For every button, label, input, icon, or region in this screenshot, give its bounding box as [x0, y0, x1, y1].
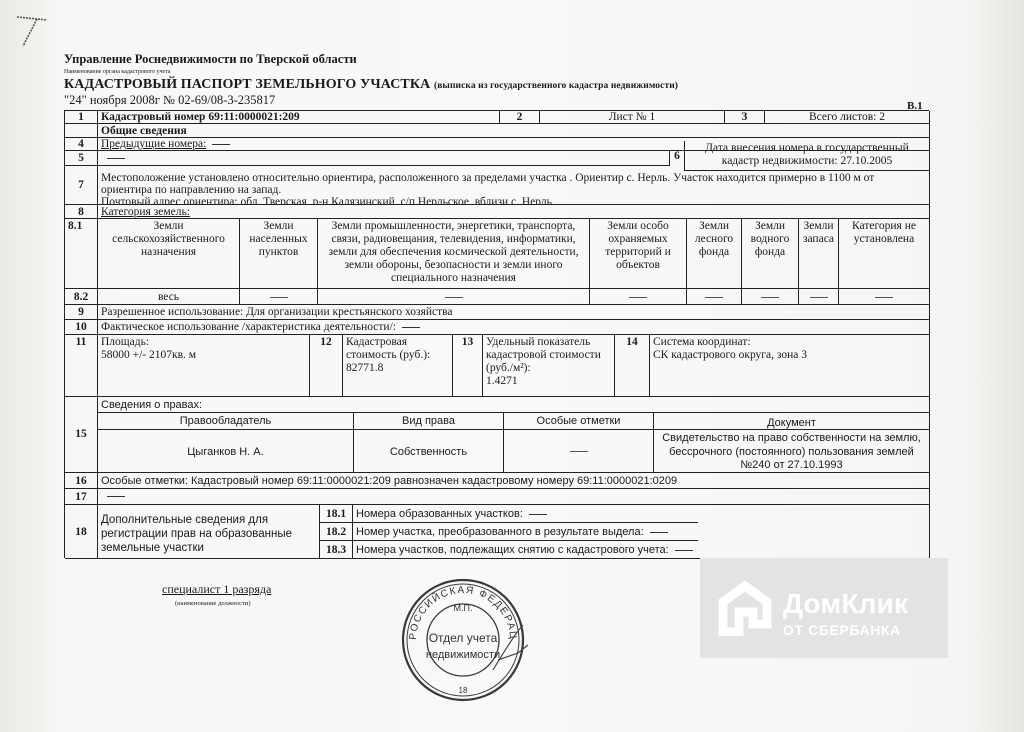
- row-18-right-blank: [698, 505, 930, 559]
- category-reserve: Земли запаса: [799, 219, 839, 289]
- coordinate-system: Система координат: СК кадастрового округ…: [650, 335, 930, 397]
- value-protected: [590, 289, 687, 305]
- row-5-number: 5: [65, 151, 98, 166]
- cadastral-number: Кадастровый номер 69:11:0000021:209: [98, 111, 500, 124]
- plots-to-remove: Номера участков, подлежащих снятию с кад…: [353, 541, 698, 559]
- value-not-set: [839, 289, 930, 305]
- land-category-label: Категория земель:: [98, 205, 930, 219]
- location-text: Местоположение установлено относительно …: [101, 172, 926, 196]
- transformed-plot-label: Номер участка, преобразованного в резуль…: [356, 526, 644, 538]
- previous-numbers-label: Предыдущие номера:: [101, 138, 206, 150]
- document-date-number: "24" ноября 2008г № 02-69/08-3-235817: [64, 93, 275, 108]
- number-entry-date: Дата внесения номера в государственный к…: [685, 141, 930, 171]
- empty-dash: [810, 297, 828, 298]
- row-6-number: 6: [670, 141, 685, 171]
- document-page: Управление Роснедвижимости по Тверской о…: [0, 0, 1024, 732]
- domclick-logo-icon: [717, 580, 773, 636]
- document-title: КАДАСТРОВЫЙ ПАСПОРТ ЗЕМЕЛЬНОГО УЧАСТКА (…: [64, 77, 678, 93]
- formed-plots-label: Номера образованных участков:: [356, 508, 523, 520]
- authority-name: Управление Роснедвижимости по Тверской о…: [64, 52, 357, 67]
- empty-dash: [875, 297, 893, 298]
- row-14-number: 14: [615, 335, 650, 397]
- value-settlements: [240, 289, 318, 305]
- formed-plots: Номера образованных участков:: [353, 505, 698, 523]
- rights-document: Свидетельство на право собственности на …: [654, 430, 930, 473]
- svg-text:18: 18: [459, 686, 468, 695]
- handwritten-page-mark-icon: [15, 8, 55, 48]
- general-number-blank: [65, 124, 98, 138]
- category-industrial: Земли промышленности, энергетики, трансп…: [318, 219, 590, 289]
- rights-type: Собственность: [354, 430, 504, 473]
- previous-numbers-empty: [212, 144, 230, 145]
- actual-use-label: Фактическое использование /характеристик…: [101, 321, 396, 333]
- svg-text:М.П.: М.П.: [454, 603, 473, 613]
- empty-dash: [445, 297, 463, 298]
- category-agricultural: Земли сельскохозяйственного назначения: [98, 219, 240, 289]
- signatory-position-caption: (наименование должности): [175, 600, 251, 607]
- rights-holder: Цыганков Н. А.: [98, 430, 354, 473]
- row-16-number: 16: [65, 473, 98, 489]
- row-15-number: 15: [65, 397, 98, 473]
- transformed-plot: Номер участка, преобразованного в резуль…: [353, 523, 698, 541]
- empty-dash: [570, 451, 588, 452]
- postal-address: Почтовый адрес ориентира: обл. Тверская,…: [101, 196, 926, 205]
- additional-registration-info: Дополнительные сведения для регистрации …: [98, 505, 320, 559]
- row-10-number: 10: [65, 320, 98, 335]
- row-8-2-number: 8.2: [65, 289, 98, 305]
- row-3-number: 3: [725, 111, 765, 124]
- cadastral-value-amount: 82771.8: [346, 362, 449, 375]
- row-2-number: 2: [500, 111, 540, 124]
- watermark-brand: ДомКлик: [783, 588, 908, 620]
- area: Площадь: 58000 +/- 2107кв. м: [98, 335, 310, 397]
- value-water: [742, 289, 799, 305]
- row-4-number: 4: [65, 138, 98, 151]
- specific-cadastral-value: Удельный показатель кадастровой стоимост…: [483, 335, 615, 397]
- plots-to-remove-empty: [675, 550, 693, 551]
- transformed-plot-empty: [650, 532, 668, 533]
- row-18-number: 18: [65, 505, 98, 559]
- rights-info-label: Сведения о правах:: [98, 397, 930, 413]
- title-main: КАДАСТРОВЫЙ ПАСПОРТ ЗЕМЕЛЬНОГО УЧАСТКА: [64, 77, 430, 92]
- row-11-number: 11: [65, 335, 98, 397]
- permitted-use: Разрешенное использование: Для организац…: [98, 305, 930, 320]
- rights-header-document: Документ: [654, 413, 930, 430]
- coordinate-system-label: Система координат:: [653, 336, 926, 349]
- svg-text:недвижимости: недвижимости: [426, 649, 500, 661]
- row-12-number: 12: [310, 335, 343, 397]
- cadastral-table: 1 Кадастровый номер 69:11:0000021:209 2 …: [64, 110, 929, 558]
- cadastral-value-label: Кадастровая стоимость (руб.):: [346, 336, 449, 362]
- category-water: Земли водного фонда: [742, 219, 799, 289]
- signatory-position: специалист 1 разряда: [162, 582, 271, 597]
- row-18-1-number: 18.1: [320, 505, 353, 523]
- row-17-value: [98, 489, 930, 505]
- rights-header-type: Вид права: [354, 413, 504, 430]
- official-stamp-icon: РОССИЙСКАЯ ФЕДЕРАЦИЯ М.П. Отдел учета не…: [398, 575, 528, 705]
- specific-value-amount: 1.4271: [486, 375, 611, 388]
- category-settlements: Земли населенных пунктов: [240, 219, 318, 289]
- row-5-value: [98, 151, 670, 166]
- authority-caption: Наименование органа кадастрового учета: [64, 69, 171, 75]
- value-reserve: [799, 289, 839, 305]
- specific-value-label: Удельный показатель кадастровой стоимост…: [486, 336, 611, 375]
- cadastral-value: Кадастровая стоимость (руб.): 82771.8: [343, 335, 453, 397]
- total-sheets: Всего листов: 2: [765, 111, 930, 124]
- value-forest: [687, 289, 742, 305]
- value-agricultural: весь: [98, 289, 240, 305]
- value-industrial: [318, 289, 590, 305]
- title-subtitle: (выписка из государственного кадастра не…: [434, 81, 678, 91]
- rights-header-holder: Правообладатель: [98, 413, 354, 430]
- category-forest: Земли лесного фонда: [687, 219, 742, 289]
- plots-to-remove-label: Номера участков, подлежащих снятию с кад…: [356, 544, 669, 556]
- empty-dash: [761, 297, 779, 298]
- row-8-number: 8: [65, 205, 98, 219]
- row-5-empty: [107, 158, 125, 159]
- formed-plots-empty: [529, 514, 547, 515]
- svg-text:Отдел учета: Отдел учета: [429, 631, 498, 645]
- area-value: 58000 +/- 2107кв. м: [101, 349, 306, 362]
- row-13-number: 13: [453, 335, 483, 397]
- empty-dash: [270, 297, 288, 298]
- special-notes: Особые отметки: Кадастровый номер 69:11:…: [98, 473, 930, 489]
- coordinate-system-value: СК кадастрового округа, зона 3: [653, 349, 926, 362]
- actual-use-empty: [402, 327, 420, 328]
- row-9-number: 9: [65, 305, 98, 320]
- actual-use: Фактическое использование /характеристик…: [98, 320, 930, 335]
- empty-dash: [705, 297, 723, 298]
- rights-header-notes: Особые отметки: [504, 413, 654, 430]
- category-protected: Земли особо охраняемых территорий и объе…: [590, 219, 687, 289]
- row-8-1-number: 8.1: [65, 219, 98, 289]
- area-label: Площадь:: [101, 336, 306, 349]
- row-7-number: 7: [65, 166, 98, 205]
- row-17-empty: [107, 496, 125, 497]
- category-not-set: Категория не установлена: [839, 219, 930, 289]
- row-18-2-number: 18.2: [320, 523, 353, 541]
- row-17-number: 17: [65, 489, 98, 505]
- row-1-number: 1: [65, 111, 98, 124]
- general-info-heading: Общие сведения: [98, 124, 930, 138]
- empty-dash: [629, 297, 647, 298]
- rights-notes: [504, 430, 654, 473]
- watermark-subtitle: ОТ СБЕРБАНКА: [783, 622, 901, 638]
- sheet-number: Лист № 1: [540, 111, 725, 124]
- row-18-3-number: 18.3: [320, 541, 353, 559]
- location-description: Местоположение установлено относительно …: [98, 171, 930, 205]
